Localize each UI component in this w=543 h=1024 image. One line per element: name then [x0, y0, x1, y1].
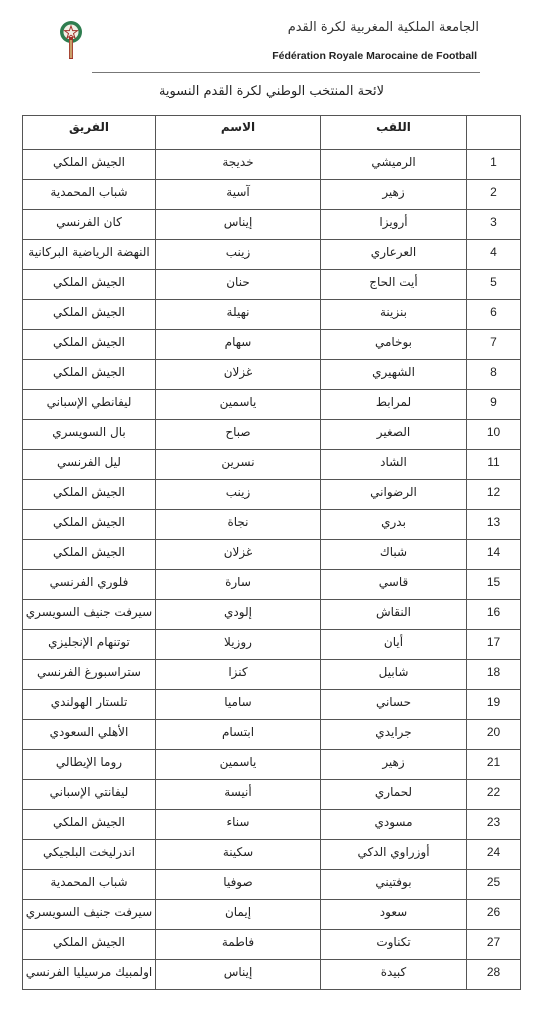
name-cell: ياسمين [156, 390, 321, 420]
number-cell: 24 [467, 840, 521, 870]
document-title: لائحة المنتخب الوطني لكرة القدم النسوية [0, 84, 543, 99]
roster-table: الفريق الاسم اللقب الجيش الملكيخديجةالرم… [22, 115, 521, 990]
name-cell: صوفيا [156, 870, 321, 900]
number-cell: 17 [467, 630, 521, 660]
surname-cell: لحماري [321, 780, 467, 810]
name-cell: إلودي [156, 600, 321, 630]
table-row: روما الإيطاليياسمينزهير21 [23, 750, 521, 780]
team-cell: روما الإيطالي [23, 750, 156, 780]
surname-cell: العرعاري [321, 240, 467, 270]
name-cell: زينب [156, 240, 321, 270]
number-cell: 8 [467, 360, 521, 390]
name-cell: نهيلة [156, 300, 321, 330]
name-cell: سكينة [156, 840, 321, 870]
table-row: الجيش الملكيغزلانشباك14 [23, 540, 521, 570]
table-row: سيرفت جنيف السويسريإيمانسعود26 [23, 900, 521, 930]
team-cell: الجيش الملكي [23, 360, 156, 390]
team-cell: شباب المحمدية [23, 180, 156, 210]
table-row: الجيش الملكيحنانأيت الحاج5 [23, 270, 521, 300]
surname-cell: الصغير [321, 420, 467, 450]
number-cell: 7 [467, 330, 521, 360]
surname-cell: بوخامي [321, 330, 467, 360]
surname-cell: الرضواني [321, 480, 467, 510]
surname-cell: الشهيري [321, 360, 467, 390]
team-cell: الجيش الملكي [23, 930, 156, 960]
name-cell: صباح [156, 420, 321, 450]
team-cell: كان الفرنسي [23, 210, 156, 240]
table-row: ستراسبورغ الفرنسيكنزاشابيل18 [23, 660, 521, 690]
surname-cell: كبيدة [321, 960, 467, 990]
number-cell: 27 [467, 930, 521, 960]
number-cell: 4 [467, 240, 521, 270]
org-name-arabic: الجامعة الملكية المغربية لكرة القدم [288, 20, 479, 35]
number-cell: 12 [467, 480, 521, 510]
name-cell: سهام [156, 330, 321, 360]
team-cell: ليل الفرنسي [23, 450, 156, 480]
table-row: ليفانطي الإسبانيياسمينلمرابط9 [23, 390, 521, 420]
surname-cell: شابيل [321, 660, 467, 690]
name-cell: نسرين [156, 450, 321, 480]
number-cell: 23 [467, 810, 521, 840]
surname-cell: زهير [321, 750, 467, 780]
name-cell: أنيسة [156, 780, 321, 810]
name-cell: إيناس [156, 210, 321, 240]
name-cell: روزيلا [156, 630, 321, 660]
table-row: الجيش الملكيسهامبوخامي7 [23, 330, 521, 360]
number-cell: 13 [467, 510, 521, 540]
name-cell: آسية [156, 180, 321, 210]
table-row: اولمبيك مرسيليا الفرنسيإيناسكبيدة28 [23, 960, 521, 990]
team-cell: الجيش الملكي [23, 150, 156, 180]
surname-cell: سعود [321, 900, 467, 930]
surname-cell: بنزينة [321, 300, 467, 330]
number-cell: 18 [467, 660, 521, 690]
surname-cell: مسودي [321, 810, 467, 840]
number-cell: 5 [467, 270, 521, 300]
number-cell: 1 [467, 150, 521, 180]
name-cell: ابتسام [156, 720, 321, 750]
team-cell: الجيش الملكي [23, 810, 156, 840]
table-row: توتنهام الإنجليزيروزيلاأيان17 [23, 630, 521, 660]
org-name-french: Fédération Royale Marocaine de Football [272, 50, 477, 62]
table-row: الجيش الملكينجاةبدري13 [23, 510, 521, 540]
table-row: شباب المحمديةصوفيابوفتيني25 [23, 870, 521, 900]
number-cell: 19 [467, 690, 521, 720]
table-row: بال السويسريصباحالصغير10 [23, 420, 521, 450]
surname-cell: النقاش [321, 600, 467, 630]
surname-cell: أيان [321, 630, 467, 660]
number-cell: 3 [467, 210, 521, 240]
number-cell: 16 [467, 600, 521, 630]
name-cell: إيناس [156, 960, 321, 990]
team-cell: الجيش الملكي [23, 480, 156, 510]
name-cell: كنزا [156, 660, 321, 690]
surname-cell: الرميشي [321, 150, 467, 180]
team-cell: اندرليخت البلجيكي [23, 840, 156, 870]
table-row: شباب المحمديةآسيةزهير2 [23, 180, 521, 210]
name-cell: زينب [156, 480, 321, 510]
table-row: اندرليخت البلجيكيسكينةأوزراوي الدكي24 [23, 840, 521, 870]
column-header-number [467, 116, 521, 150]
surname-cell: شباك [321, 540, 467, 570]
name-cell: إيمان [156, 900, 321, 930]
surname-cell: بوفتيني [321, 870, 467, 900]
table-row: الجيش الملكيزينبالرضواني12 [23, 480, 521, 510]
surname-cell: أرويزا [321, 210, 467, 240]
table-row: الجيش الملكينهيلةبنزينة6 [23, 300, 521, 330]
frmf-crest-icon [59, 20, 83, 62]
roster-body: الجيش الملكيخديجةالرميشي1شباب المحمديةآس… [23, 150, 521, 990]
surname-cell: جرايدي [321, 720, 467, 750]
team-cell: بال السويسري [23, 420, 156, 450]
surname-cell: أوزراوي الدكي [321, 840, 467, 870]
number-cell: 2 [467, 180, 521, 210]
team-cell: ستراسبورغ الفرنسي [23, 660, 156, 690]
team-cell: النهضة الرياضية البركانية [23, 240, 156, 270]
table-row: فلوري الفرنسيسارةقاسي15 [23, 570, 521, 600]
surname-cell: حساني [321, 690, 467, 720]
table-header-row: الفريق الاسم اللقب [23, 116, 521, 150]
team-cell: اولمبيك مرسيليا الفرنسي [23, 960, 156, 990]
number-cell: 25 [467, 870, 521, 900]
team-cell: تلستار الهولندي [23, 690, 156, 720]
number-cell: 6 [467, 300, 521, 330]
team-cell: سيرفت جنيف السويسري [23, 900, 156, 930]
name-cell: غزلان [156, 360, 321, 390]
number-cell: 28 [467, 960, 521, 990]
table-row: سيرفت جنيف السويسريإلوديالنقاش16 [23, 600, 521, 630]
name-cell: سارة [156, 570, 321, 600]
team-cell: توتنهام الإنجليزي [23, 630, 156, 660]
name-cell: ياسمين [156, 750, 321, 780]
header-divider [92, 72, 480, 73]
table-row: الجيش الملكيفاطمةتكناوت27 [23, 930, 521, 960]
team-cell: شباب المحمدية [23, 870, 156, 900]
table-row: الجيش الملكيسناءمسودي23 [23, 810, 521, 840]
team-cell: ليفانطي الإسباني [23, 390, 156, 420]
number-cell: 14 [467, 540, 521, 570]
number-cell: 9 [467, 390, 521, 420]
table-row: ليل الفرنسينسرينالشاد11 [23, 450, 521, 480]
table-row: كان الفرنسيإيناسأرويزا3 [23, 210, 521, 240]
team-cell: الجيش الملكي [23, 270, 156, 300]
number-cell: 15 [467, 570, 521, 600]
name-cell: خديجة [156, 150, 321, 180]
table-row: الجيش الملكيخديجةالرميشي1 [23, 150, 521, 180]
number-cell: 22 [467, 780, 521, 810]
team-cell: ليفانتي الإسباني [23, 780, 156, 810]
team-cell: الجيش الملكي [23, 300, 156, 330]
number-cell: 20 [467, 720, 521, 750]
number-cell: 21 [467, 750, 521, 780]
team-cell: سيرفت جنيف السويسري [23, 600, 156, 630]
number-cell: 11 [467, 450, 521, 480]
table-row: الجيش الملكيغزلانالشهيري8 [23, 360, 521, 390]
table-row: الأهلي السعوديابتسامجرايدي20 [23, 720, 521, 750]
surname-cell: لمرابط [321, 390, 467, 420]
number-cell: 10 [467, 420, 521, 450]
name-cell: نجاة [156, 510, 321, 540]
surname-cell: زهير [321, 180, 467, 210]
table-row: ليفانتي الإسبانيأنيسةلحماري22 [23, 780, 521, 810]
name-cell: سناء [156, 810, 321, 840]
table-row: تلستار الهولنديسامياحساني19 [23, 690, 521, 720]
surname-cell: قاسي [321, 570, 467, 600]
column-header-team: الفريق [23, 116, 156, 150]
name-cell: فاطمة [156, 930, 321, 960]
number-cell: 26 [467, 900, 521, 930]
column-header-name: الاسم [156, 116, 321, 150]
team-cell: الجيش الملكي [23, 540, 156, 570]
name-cell: حنان [156, 270, 321, 300]
surname-cell: الشاد [321, 450, 467, 480]
surname-cell: أيت الحاج [321, 270, 467, 300]
name-cell: غزلان [156, 540, 321, 570]
column-header-surname: اللقب [321, 116, 467, 150]
table-row: النهضة الرياضية البركانيةزينبالعرعاري4 [23, 240, 521, 270]
team-cell: الأهلي السعودي [23, 720, 156, 750]
surname-cell: بدري [321, 510, 467, 540]
team-cell: فلوري الفرنسي [23, 570, 156, 600]
team-cell: الجيش الملكي [23, 330, 156, 360]
team-cell: الجيش الملكي [23, 510, 156, 540]
name-cell: ساميا [156, 690, 321, 720]
surname-cell: تكناوت [321, 930, 467, 960]
